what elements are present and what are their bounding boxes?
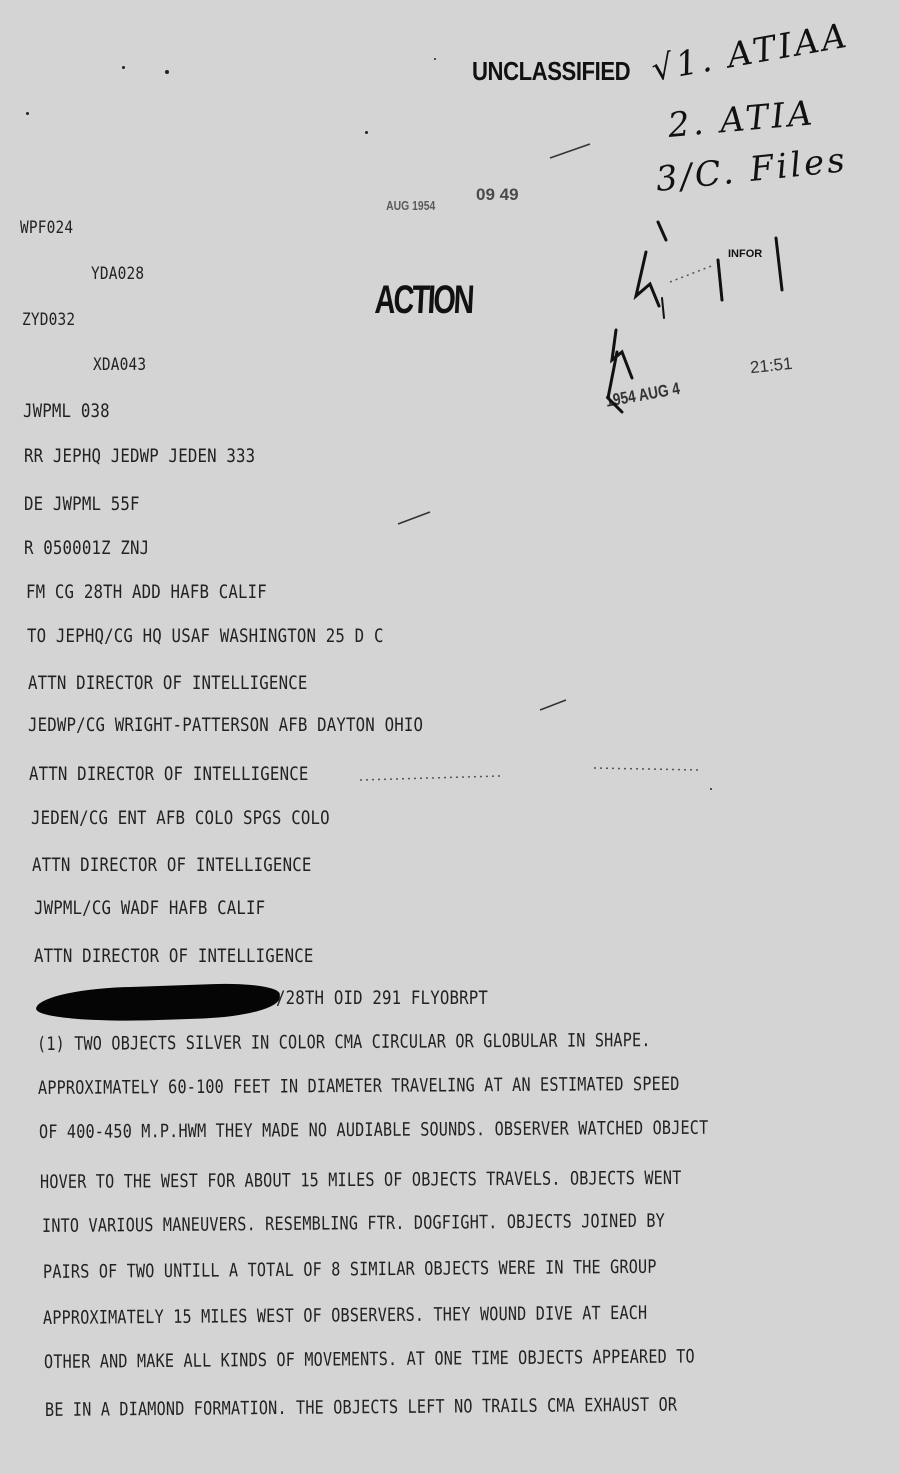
subject-line: /28TH OID 291 FLYOBRPT bbox=[276, 988, 488, 1009]
body-line-2: APPROXIMATELY 60-100 FEET IN DIAMETER TR… bbox=[38, 1074, 680, 1099]
header-line-6: RR JEPHQ JEDWP JEDEN 333 bbox=[24, 446, 255, 467]
pen-marks bbox=[0, 0, 900, 1474]
body-line-4: HOVER TO THE WEST FOR ABOUT 15 MILES OF … bbox=[40, 1168, 682, 1193]
header-line-13: ATTN DIRECTOR OF INTELLIGENCE bbox=[29, 764, 308, 785]
body-line-3: OF 400-450 M.P.HWM THEY MADE NO AUDIABLE… bbox=[39, 1118, 708, 1143]
telegram-page: UNCLASSIFIED AUG 1954 09 49 ACTION INFOR… bbox=[0, 0, 900, 1474]
header-line-16: JWPML/CG WADF HAFB CALIF bbox=[34, 898, 265, 919]
body-line-1: (1) TWO OBJECTS SILVER IN COLOR CMA CIRC… bbox=[37, 1030, 651, 1055]
header-line-10: TO JEPHQ/CG HQ USAF WASHINGTON 25 D C bbox=[27, 626, 384, 647]
header-line-17: ATTN DIRECTOR OF INTELLIGENCE bbox=[34, 946, 313, 967]
header-line-9: FM CG 28TH ADD HAFB CALIF bbox=[26, 582, 267, 603]
header-line-4: XDA043 bbox=[93, 355, 146, 375]
header-line-15: ATTN DIRECTOR OF INTELLIGENCE bbox=[32, 855, 311, 876]
header-line-3: ZYD032 bbox=[22, 310, 75, 330]
header-line-1: WPF024 bbox=[20, 218, 73, 238]
header-line-12: JEDWP/CG WRIGHT-PATTERSON AFB DAYTON OHI… bbox=[28, 715, 423, 736]
header-line-5: JWPML 038 bbox=[23, 401, 110, 422]
header-line-14: JEDEN/CG ENT AFB COLO SPGS COLO bbox=[31, 808, 330, 829]
header-line-8: R 050001Z ZNJ bbox=[24, 538, 149, 559]
header-line-2: YDA028 bbox=[91, 264, 144, 284]
header-line-7: DE JWPML 55F bbox=[24, 494, 140, 515]
header-line-11: ATTN DIRECTOR OF INTELLIGENCE bbox=[28, 673, 307, 694]
